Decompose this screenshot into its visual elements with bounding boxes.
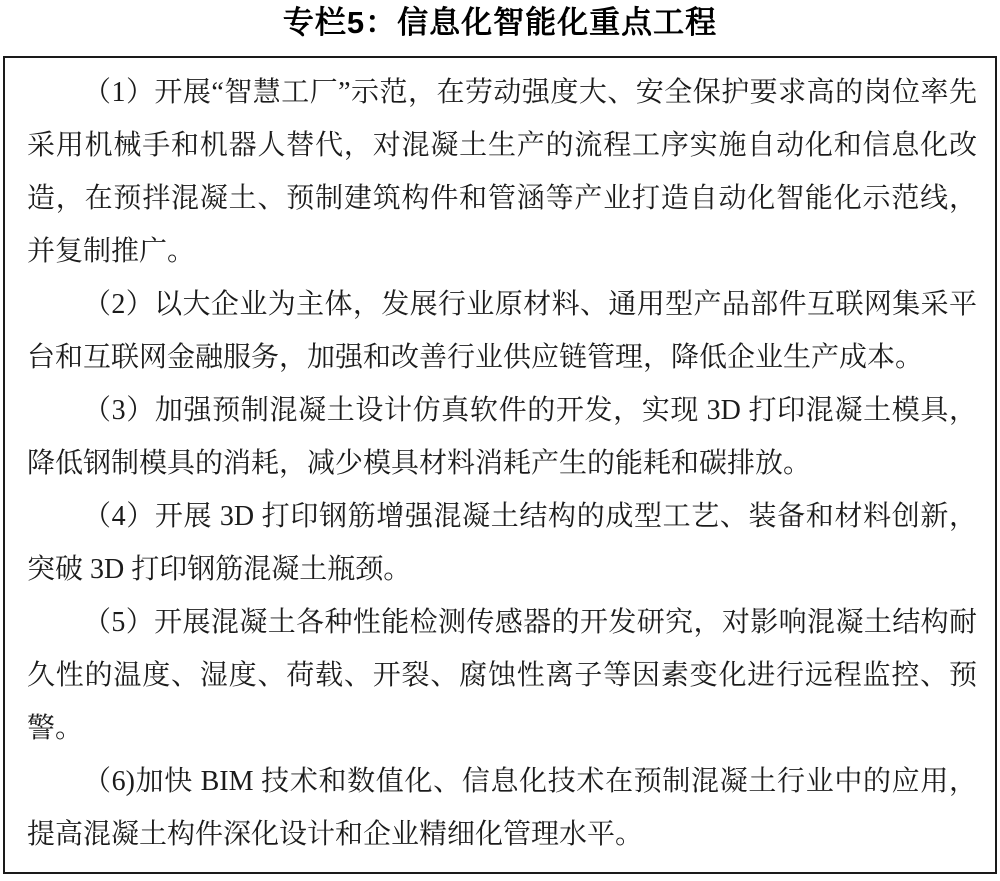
bordered-text-box: （1）开展“智慧工厂”示范，在劳动强度大、安全保护要求高的岗位率先采用机械手和机… xyxy=(3,56,997,874)
paragraph-3d-printed-molds: （3）加强预制混凝土设计仿真软件的开发，实现 3D 打印混凝土模具，降低钢制模具… xyxy=(27,384,977,490)
paragraph-smart-factory: （1）开展“智慧工厂”示范，在劳动强度大、安全保护要求高的岗位率先采用机械手和机… xyxy=(27,66,977,278)
paragraph-sensor-monitoring: （5）开展混凝土各种性能检测传感器的开发研究，对影响混凝土结构耐久性的温度、湿度… xyxy=(27,596,977,755)
document-page: 专栏5：信息化智能化重点工程 （1）开展“智慧工厂”示范，在劳动强度大、安全保护… xyxy=(0,0,1000,881)
paragraph-bim-technology: （6)加快 BIM 技术和数值化、信息化技术在预制混凝土行业中的应用，提高混凝土… xyxy=(27,755,977,861)
box-title: 专栏5：信息化智能化重点工程 xyxy=(0,4,1000,42)
paragraph-internet-platform: （2）以大企业为主体，发展行业原材料、通用型产品部件互联网集采平台和互联网金融服… xyxy=(27,278,977,384)
paragraph-3d-printed-rebar-concrete: （4）开展 3D 打印钢筋增强混凝土结构的成型工艺、装备和材料创新，突破 3D … xyxy=(27,490,977,596)
